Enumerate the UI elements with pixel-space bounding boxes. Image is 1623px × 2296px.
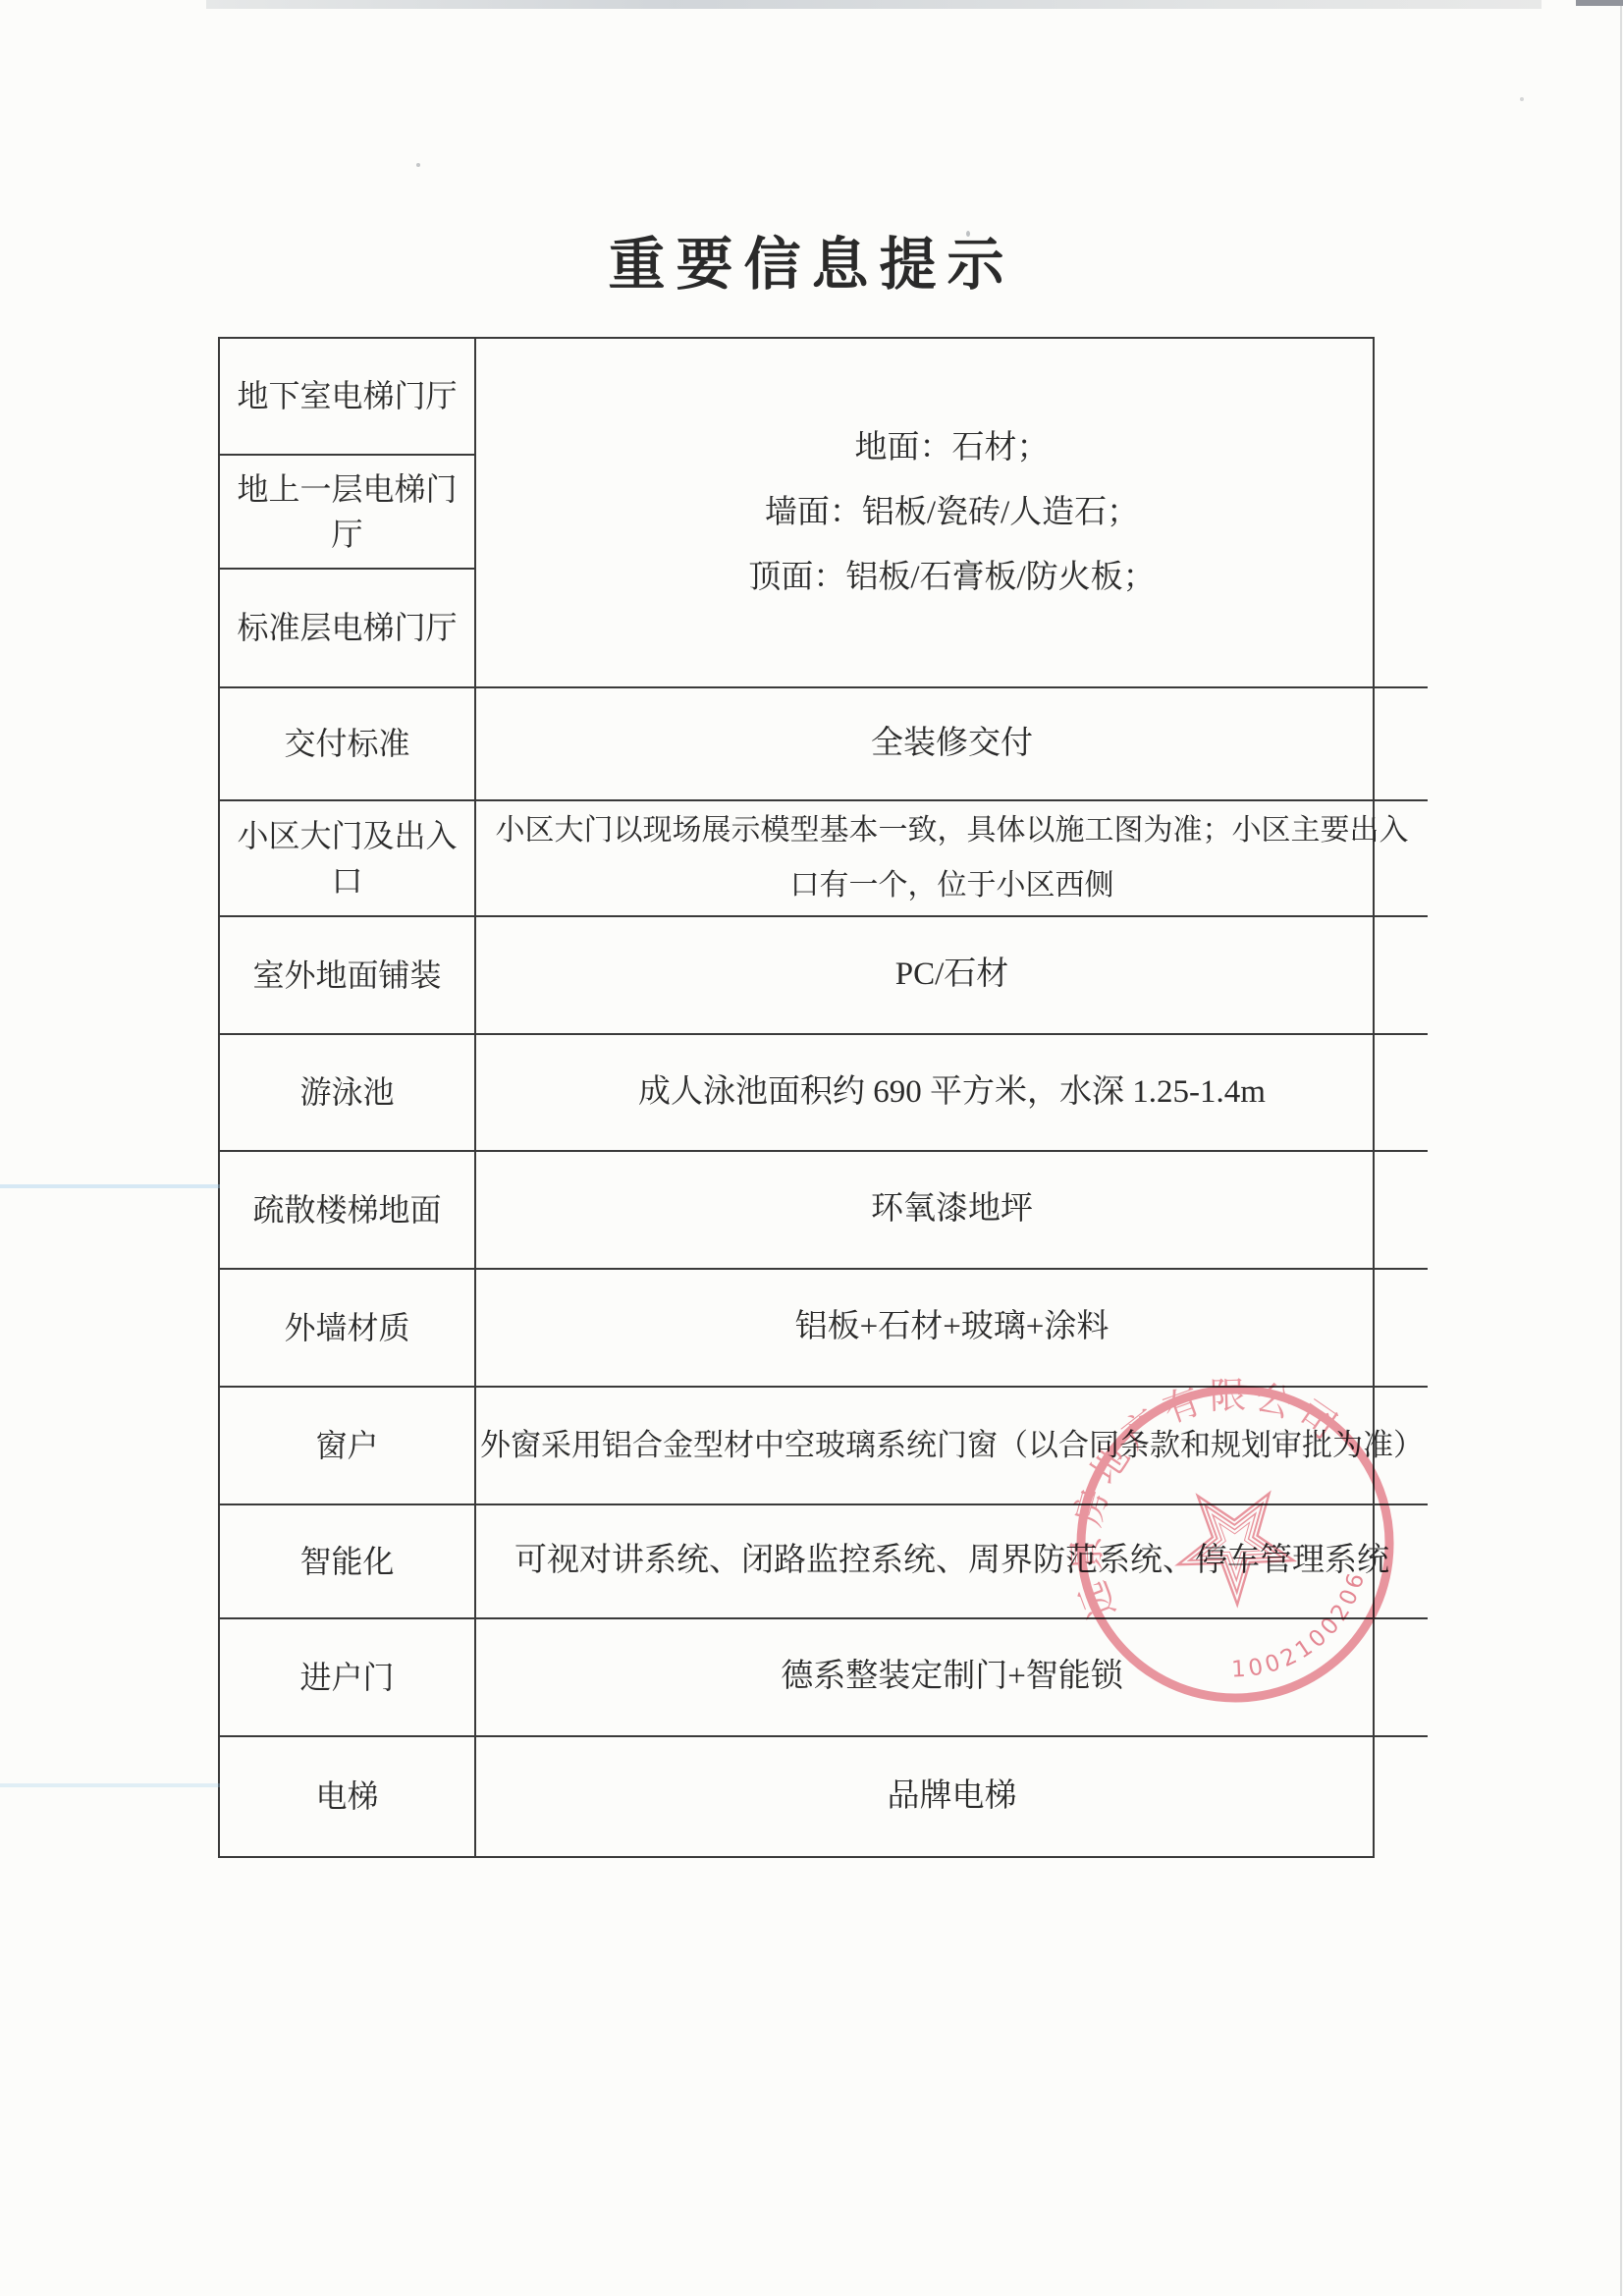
label-smart-systems: 智能化 — [220, 1505, 476, 1619]
scan-artifact-blue-line — [0, 1783, 220, 1787]
value-elevator-lobby-finishes: 地面：石材； 墙面：铝板/瓷砖/人造石； 顶面：铝板/石膏板/防火板； — [476, 339, 1428, 688]
value-entry-door: 德系整装定制门+智能锁 — [476, 1619, 1428, 1737]
value-gate-entrance: 小区大门以现场展示模型基本一致，具体以施工图为准；小区主要出入口有一个，位于小区… — [476, 801, 1428, 917]
label-elevator: 电梯 — [220, 1737, 476, 1856]
value-delivery-standard: 全装修交付 — [476, 688, 1428, 801]
scan-artifact-speck — [966, 231, 970, 237]
scan-artifact-corner — [1576, 0, 1623, 6]
label-delivery-standard: 交付标准 — [220, 688, 476, 801]
scanned-document-page: 重要信息提示 地下室电梯门厅 地面：石材； 墙面：铝板/瓷砖/人造石； 顶面：铝… — [0, 0, 1623, 2296]
label-evacuation-stair-floor: 疏散楼梯地面 — [220, 1152, 476, 1270]
value-windows: 外窗采用铝合金型材中空玻璃系统门窗（以合同条款和规划审批为准） — [476, 1388, 1428, 1505]
label-ground-floor-elevator-lobby: 地上一层电梯门厅 — [220, 456, 476, 570]
value-exterior-wall-material: 铝板+石材+玻璃+涂料 — [476, 1270, 1428, 1388]
label-exterior-wall-material: 外墙材质 — [220, 1270, 476, 1388]
scan-artifact-speck — [1520, 97, 1524, 101]
spec-table: 地下室电梯门厅 地面：石材； 墙面：铝板/瓷砖/人造石； 顶面：铝板/石膏板/防… — [218, 337, 1375, 1858]
scan-artifact-top-band — [206, 0, 1542, 9]
label-basement-elevator-lobby: 地下室电梯门厅 — [220, 339, 476, 456]
scan-artifact-right-edge — [1620, 0, 1622, 2296]
finish-line-wall: 墙面：铝板/瓷砖/人造石； — [765, 480, 1139, 545]
scan-artifact-blue-line — [0, 1184, 220, 1188]
value-elevator: 品牌电梯 — [476, 1737, 1428, 1856]
label-standard-floor-elevator-lobby: 标准层电梯门厅 — [220, 570, 476, 688]
label-swimming-pool: 游泳池 — [220, 1035, 476, 1152]
value-evacuation-stair-floor: 环氧漆地坪 — [476, 1152, 1428, 1270]
label-outdoor-paving: 室外地面铺装 — [220, 917, 476, 1035]
label-windows: 窗户 — [220, 1388, 476, 1505]
label-gate-entrance: 小区大门及出入口 — [220, 801, 476, 917]
finish-line-floor: 地面：石材； — [855, 415, 1050, 480]
value-swimming-pool: 成人泳池面积约 690 平方米，水深 1.25-1.4m — [476, 1035, 1428, 1152]
value-smart-systems: 可视对讲系统、闭路监控系统、周界防范系统、停车管理系统 — [476, 1505, 1428, 1619]
page-title: 重要信息提示 — [0, 218, 1623, 301]
value-outdoor-paving: PC/石材 — [476, 917, 1428, 1035]
finish-line-ceiling: 顶面：铝板/石膏板/防火板； — [748, 545, 1155, 610]
label-entry-door: 进户门 — [220, 1619, 476, 1737]
scan-artifact-speck — [416, 163, 420, 167]
